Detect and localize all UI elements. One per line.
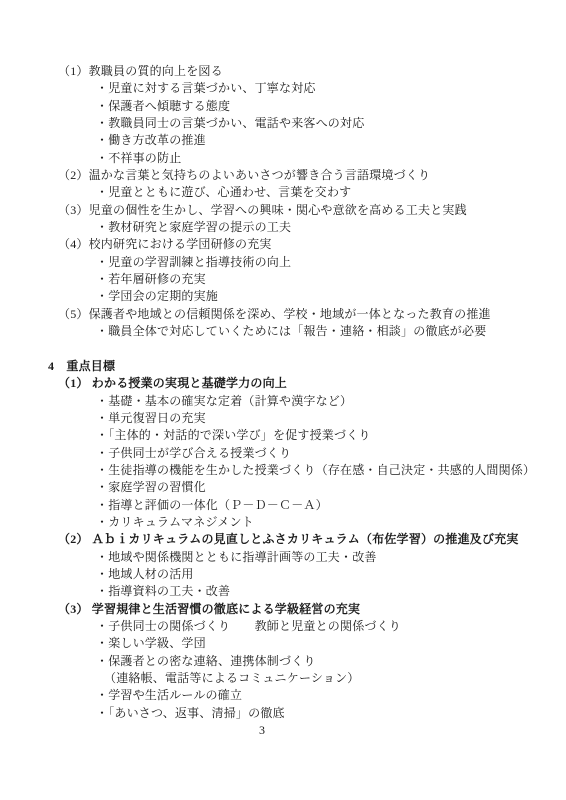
doc-line: ・「あいさつ、返事、清掃」の徹底 xyxy=(0,705,566,722)
doc-line: （5）保護者や地域との信頼関係を深め、学校・地域が一体となった教育の推進 xyxy=(0,306,566,323)
doc-line: （3）児童の個性を生かし、学習への興味・関心や意欲を高める工夫と実践 xyxy=(0,202,566,219)
doc-line: ・保護者との密な連絡、連携体制づくり xyxy=(0,653,566,670)
doc-line: ・保護者へ傾聴する態度 xyxy=(0,98,566,115)
doc-line: ・生徒指導の機能を生かした授業づくり（存在感・自己決定・共感的人間関係） xyxy=(0,462,566,479)
doc-line: ・子供同士の関係づくり 教師と児童との関係づくり xyxy=(0,618,566,635)
doc-line: ・基礎・基本の確実な定着（計算や漢字など） xyxy=(0,393,566,410)
doc-line: （4）校内研究における学団研修の充実 xyxy=(0,236,566,253)
page-number: 3 xyxy=(0,722,524,739)
doc-line: ・指導資料の工夫・改善 xyxy=(0,583,566,600)
doc-line: ・教職員同士の言葉づかい、電話や来客への対応 xyxy=(0,115,566,132)
doc-line: ・児童の学習訓練と指導技術の向上 xyxy=(0,254,566,271)
blank-line xyxy=(0,341,566,358)
doc-line: （1）教職員の質的向上を図る xyxy=(0,63,566,80)
doc-line: ・学団会の定期的実施 xyxy=(0,288,566,305)
doc-line: ・家庭学習の習慣化 xyxy=(0,479,566,496)
doc-line: ・教材研究と家庭学習の提示の工夫 xyxy=(0,219,566,236)
doc-line: ・若年層研修の充実 xyxy=(0,271,566,288)
doc-line: ・児童に対する言葉づかい、丁寧な対応 xyxy=(0,80,566,97)
doc-line: ・単元復習日の充実 xyxy=(0,410,566,427)
doc-line: （2）温かな言葉と気持ちのよいあいさつが響き合う言語環境づくり xyxy=(0,167,566,184)
doc-line: （連絡帳、電話等によるコミュニケーション） xyxy=(0,670,566,687)
doc-line: ・児童とともに遊び、心通わせ、言葉を交わす xyxy=(0,184,566,201)
document-page: （1）教職員の質的向上を図る・児童に対する言葉づかい、丁寧な対応・保護者へ傾聴す… xyxy=(0,0,566,800)
doc-line: （3） 学習規律と生活習慣の徹底による学級経営の充実 xyxy=(0,601,566,618)
doc-line: ・楽しい学級、学団 xyxy=(0,635,566,652)
doc-line: ・指導と評価の一体化（Ｐ－Ｄ－Ｃ－Ａ） xyxy=(0,497,566,514)
doc-line: 4 重点目標 xyxy=(0,358,566,375)
doc-line: ・子供同士が学び合える授業づくり xyxy=(0,445,566,462)
doc-line: ・働き方改革の推進 xyxy=(0,132,566,149)
doc-line: ・不祥事の防止 xyxy=(0,150,566,167)
doc-line: ・学習や生活ルールの確立 xyxy=(0,687,566,704)
doc-line: ・カリキュラムマネジメント xyxy=(0,514,566,531)
doc-line: （2） Ａｂｉカリキュラムの見直しとふさカリキュラム（布佐学習）の推進及び充実 xyxy=(0,531,566,548)
doc-line: ・地域や関係機関とともに指導計画等の工夫・改善 xyxy=(0,549,566,566)
doc-line: ・職員全体で対応していくためには「報告・連絡・相談」の徹底が必要 xyxy=(0,323,566,340)
document-body: （1）教職員の質的向上を図る・児童に対する言葉づかい、丁寧な対応・保護者へ傾聴す… xyxy=(0,63,566,722)
doc-line: ・地域人材の活用 xyxy=(0,566,566,583)
doc-line: ・「主体的・対話的で深い学び」を促す授業づくり xyxy=(0,427,566,444)
doc-line: （1） わかる授業の実現と基礎学力の向上 xyxy=(0,375,566,392)
